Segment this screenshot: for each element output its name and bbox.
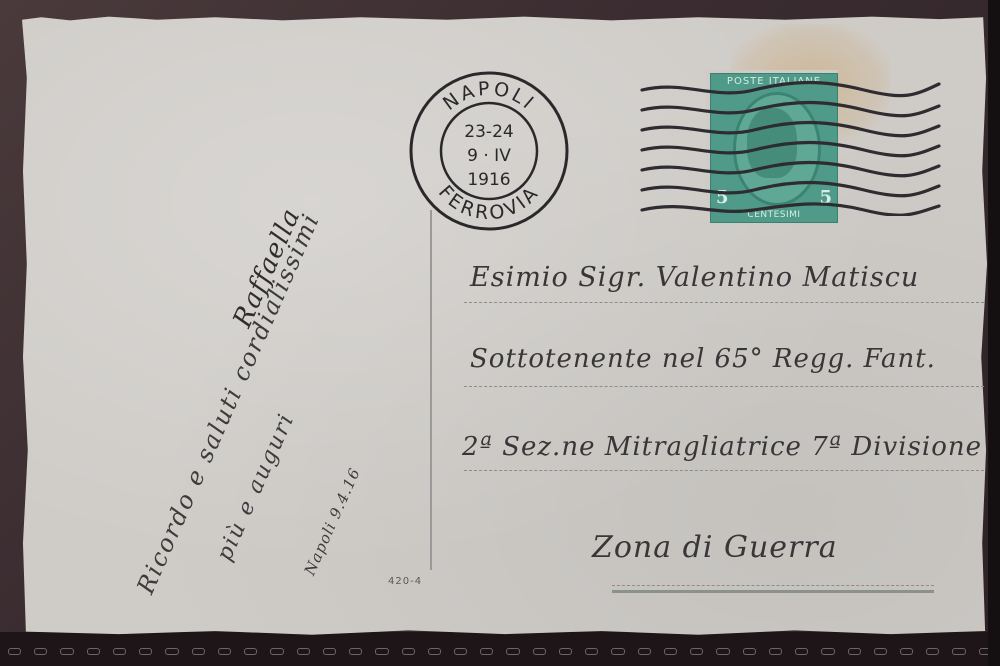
address-guide-line-1: [464, 302, 984, 305]
address-final-rule: [612, 590, 934, 593]
center-divider-line: [430, 210, 432, 570]
album-edge: [988, 0, 1000, 666]
postmark-year: 1916: [467, 170, 510, 190]
address-guide-line-3: [464, 470, 984, 473]
address-line-1: Esimio Sigr. Valentino Matiscu: [470, 262, 919, 293]
address-line-4: Zona di Guerra: [592, 530, 838, 565]
album-sleeve-strip: [0, 632, 1000, 666]
postmark-time: 23-24: [464, 122, 513, 142]
handwritten-message: Ricordo e saluti cordialissimi più e aug…: [85, 70, 385, 590]
address-line-2: Sottotenente nel 65° Regg. Fant.: [470, 344, 936, 374]
address-guide-line-2: [464, 386, 984, 389]
message-place-date: Napoli 9.4.16: [301, 465, 365, 578]
print-code: 420-4: [388, 576, 422, 587]
address-line-3: 2ª Sez.ne Mitragliatrice 7ª Divisione: [462, 432, 982, 462]
album-perforations: [8, 648, 992, 656]
wavy-cancellation-icon: [614, 66, 944, 216]
address-guide-line-4: [612, 585, 934, 586]
postmark: NAPOLI FERROVIA 23-24 9 · IV 1916: [405, 67, 570, 232]
postmark-date: 9 · IV: [467, 146, 511, 166]
